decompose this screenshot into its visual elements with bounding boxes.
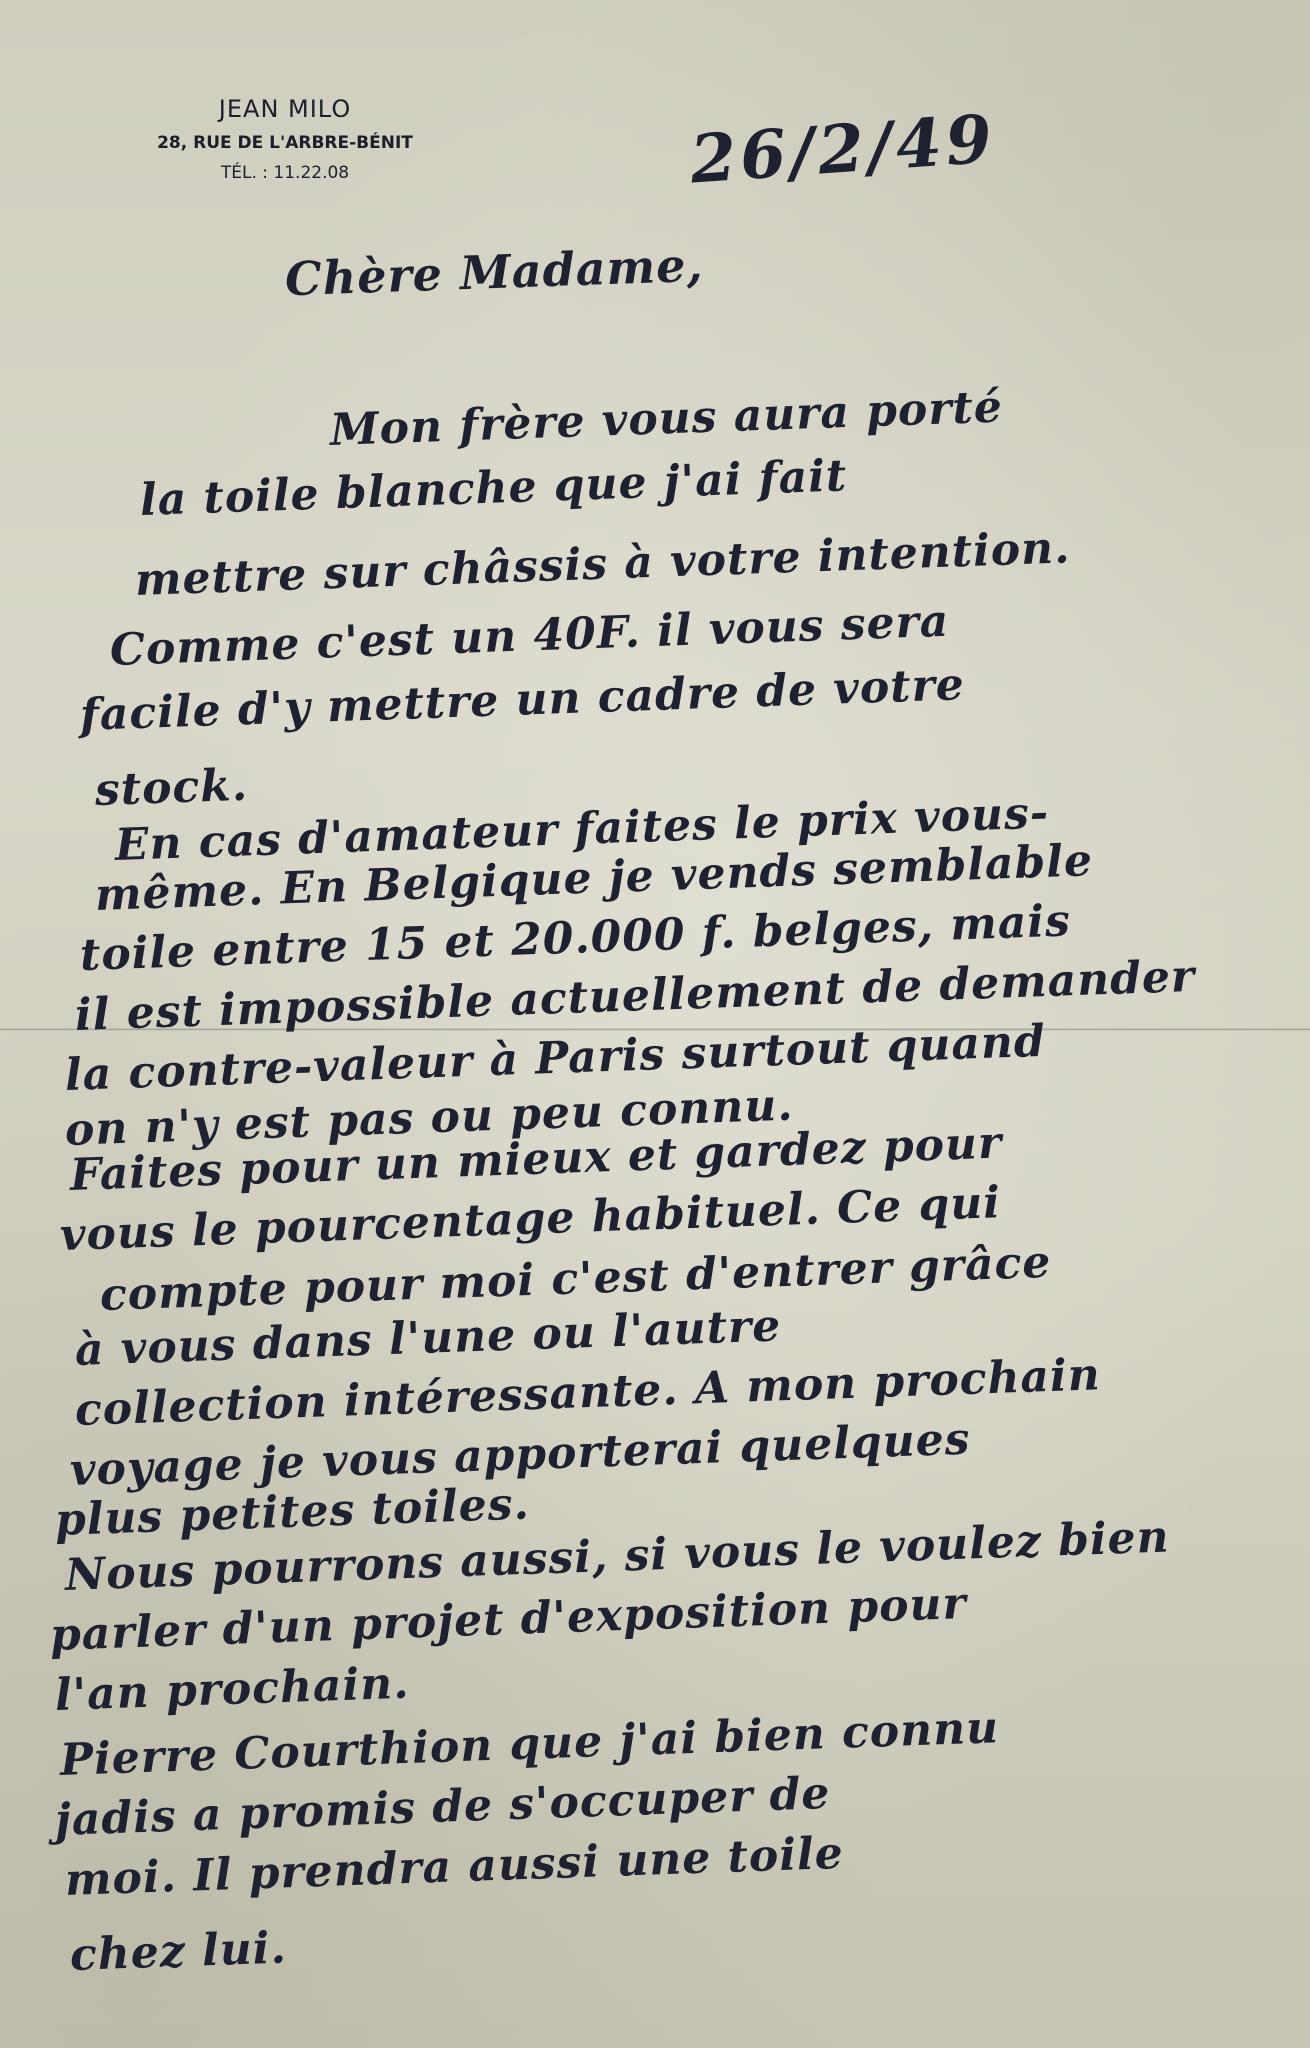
letter-salutation: Chère Madame, xyxy=(284,238,704,307)
letterhead-name: JEAN MILO xyxy=(120,95,450,123)
letter-line: Mon frère vous aura porté xyxy=(329,382,1003,456)
letterhead-address: 28, RUE DE L'ARBRE-BÉNIT xyxy=(120,133,450,153)
letter-line: chez lui. xyxy=(69,1922,287,1981)
letter-sheet: JEAN MILO 28, RUE DE L'ARBRE-BÉNIT TÉL. … xyxy=(0,0,1310,2048)
letterhead: JEAN MILO 28, RUE DE L'ARBRE-BÉNIT TÉL. … xyxy=(120,95,450,183)
letterhead-phone: TÉL. : 11.22.08 xyxy=(120,163,450,183)
letter-line: stock. xyxy=(94,760,249,816)
letter-line: l'an prochain. xyxy=(54,1658,410,1721)
letter-date: 26/2/49 xyxy=(688,99,999,198)
letter-line: la toile blanche que j'ai fait xyxy=(139,450,848,526)
letter-line: mettre sur châssis à votre intention. xyxy=(134,522,1071,606)
